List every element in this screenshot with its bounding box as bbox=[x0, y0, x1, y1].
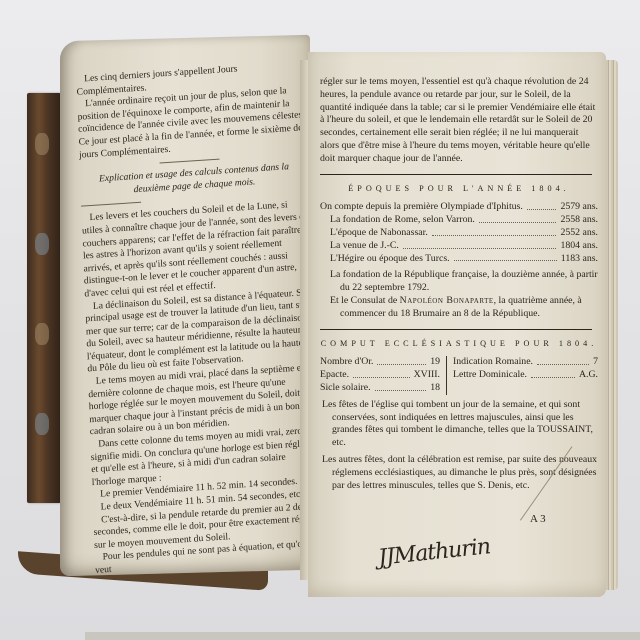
comput-row: Nombre d'Or.19 bbox=[320, 356, 440, 369]
comput-row: Lettre Dominicale.A.G. bbox=[453, 369, 598, 382]
dot-leader bbox=[353, 369, 410, 378]
epoque-row: La fondation de Rome, selon Varron.2558 … bbox=[320, 214, 598, 227]
marbled-pattern bbox=[35, 133, 49, 155]
paragraph: régler sur le tems moyen, l'essentiel es… bbox=[320, 76, 598, 166]
divider bbox=[81, 202, 141, 207]
divider bbox=[320, 174, 592, 175]
comput-label: Nombre d'Or. bbox=[320, 356, 373, 369]
right-page: régler sur le tems moyen, l'essentiel es… bbox=[308, 52, 606, 597]
epoque-label: La fondation de Rome, selon Varron. bbox=[330, 214, 475, 227]
comput-value: XVIII. bbox=[414, 369, 440, 382]
comput-title: COMPUT ECCLÉSIASTIQUE POUR 1804. bbox=[320, 338, 598, 351]
epoques-table: On compte depuis la première Olympiade d… bbox=[320, 201, 598, 265]
epoque-label: L'époque de Nabonassar. bbox=[330, 227, 428, 240]
epoque-label: On compte depuis la première Olympiade d… bbox=[320, 201, 523, 214]
epoque-label: L'Hégire ou époque des Turcs. bbox=[330, 253, 450, 266]
paragraph: Les fêtes de l'église qui tombent un jou… bbox=[320, 399, 598, 450]
dot-leader bbox=[537, 356, 589, 365]
epoque-row: L'Hégire ou époque des Turcs.1183 ans. bbox=[320, 253, 598, 266]
comput-value: 7 bbox=[593, 356, 598, 369]
consulat-paragraph: Et le Consulat de Napoléon Bonaparte, la… bbox=[320, 295, 598, 321]
comput-right-column: Indication Romaine.7 Lettre Dominicale.A… bbox=[447, 356, 598, 394]
dot-leader bbox=[454, 253, 557, 262]
comput-row: Epacte.XVIII. bbox=[320, 369, 440, 382]
right-page-text: régler sur le tems moyen, l'essentiel es… bbox=[320, 76, 598, 492]
dot-leader bbox=[531, 369, 575, 378]
epoque-row: On compte depuis la première Olympiade d… bbox=[320, 201, 598, 214]
comput-label: Indication Romaine. bbox=[453, 356, 533, 369]
left-page: Les cinq derniers jours s'appellent Jour… bbox=[60, 35, 310, 577]
divider bbox=[160, 159, 220, 164]
left-page-text: Les cinq derniers jours s'appellent Jour… bbox=[76, 59, 323, 577]
dot-leader bbox=[479, 214, 557, 223]
epoque-value: 2552 ans. bbox=[560, 227, 598, 240]
divider bbox=[320, 329, 592, 330]
dot-leader bbox=[377, 356, 426, 365]
comput-label: Lettre Dominicale. bbox=[453, 369, 527, 382]
epoque-value: 1183 ans. bbox=[561, 253, 598, 266]
name-napoleon: Napoléon Bonaparte bbox=[400, 295, 494, 306]
dot-leader bbox=[375, 382, 427, 391]
comput-left-column: Nombre d'Or.19 Epacte.XVIII. Sicle solai… bbox=[320, 356, 447, 394]
paragraph: La fondation de la République française,… bbox=[320, 269, 598, 295]
comput-label: Epacte. bbox=[320, 369, 349, 382]
marbled-pattern bbox=[35, 233, 49, 255]
comput-label: Sicle solaire. bbox=[320, 382, 371, 395]
marbled-pattern bbox=[35, 413, 49, 435]
epoque-row: La venue de J.-C.1804 ans. bbox=[320, 240, 598, 253]
comput-table: Nombre d'Or.19 Epacte.XVIII. Sicle solai… bbox=[320, 356, 598, 394]
text: Et le Consulat de bbox=[330, 295, 400, 306]
comput-value: 18 bbox=[430, 382, 440, 395]
section-title: Explication et usage des calculs contenu… bbox=[80, 160, 309, 200]
dot-leader bbox=[432, 227, 557, 236]
epoque-row: L'époque de Nabonassar.2552 ans. bbox=[320, 227, 598, 240]
paragraph: Les autres fêtes, dont la célébration es… bbox=[320, 454, 598, 492]
epoque-label: La venue de J.-C. bbox=[330, 240, 399, 253]
dot-leader bbox=[403, 240, 557, 249]
page-block-edge bbox=[606, 60, 618, 590]
surface-edge bbox=[85, 632, 640, 640]
paragraph: L'année ordinaire reçoit un jour de plus… bbox=[77, 84, 307, 162]
comput-row: Indication Romaine.7 bbox=[453, 356, 598, 369]
epoque-value: 2558 ans. bbox=[560, 214, 598, 227]
epoque-value: 1804 ans. bbox=[560, 240, 598, 253]
comput-row: Sicle solaire.18 bbox=[320, 382, 440, 395]
epoque-value: 2579 ans. bbox=[560, 201, 598, 214]
comput-value: 19 bbox=[430, 356, 440, 369]
comput-value: A.G. bbox=[579, 369, 598, 382]
paragraph: Les levers et les couchers du Soleil et … bbox=[81, 198, 312, 301]
epoques-title: ÉPOQUES POUR L'ANNÉE 1804. bbox=[320, 183, 598, 196]
page-signature-mark: A 3 bbox=[530, 513, 546, 525]
marbled-pattern bbox=[35, 323, 49, 345]
dot-leader bbox=[527, 201, 557, 210]
leather-cover-edge bbox=[27, 93, 61, 503]
